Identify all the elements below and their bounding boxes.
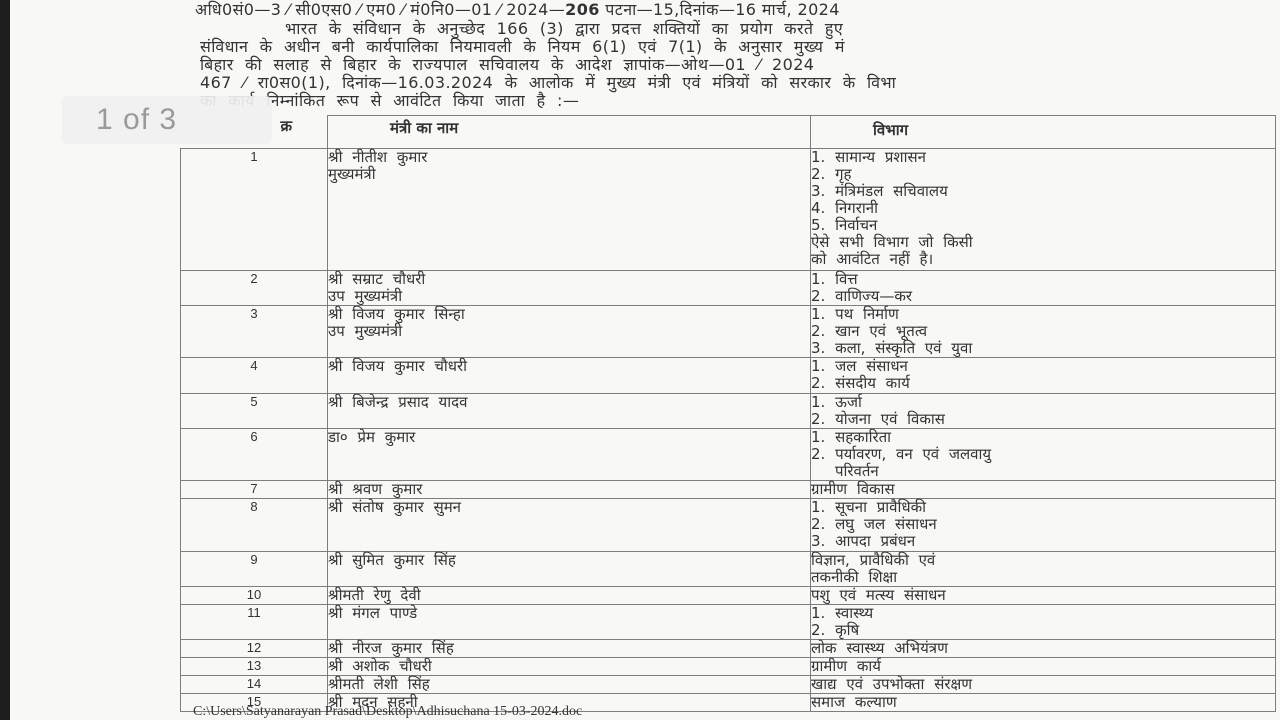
- serial-cell: 10: [181, 587, 328, 605]
- minister-name-cell: श्रीमती लेशी सिंह: [328, 676, 811, 694]
- department-cell: 1. ऊर्जा2. योजना एवं विकास: [811, 394, 1276, 429]
- department-line: खाद्य एवं उपभोक्ता संरक्षण: [811, 676, 1275, 693]
- department-cell: लोक स्वास्थ्य अभियंत्रण: [811, 640, 1276, 658]
- department-line: 2. खान एवं भूतत्व: [811, 323, 1275, 340]
- paragraph-line: 467 ⁄ रा0स0(1), दिनांक—16.03.2024 के आलो…: [200, 74, 896, 92]
- table-row: 6डा० प्रेम कुमार1. सहकारिता2. पर्यावरण, …: [181, 429, 1276, 481]
- serial-cell: 9: [181, 552, 328, 587]
- department-line: को आवंटित नहीं है।: [811, 251, 1275, 268]
- viewer-edge: [0, 0, 10, 720]
- minister-name-cell: श्री श्रवण कुमार: [328, 481, 811, 499]
- file-path-footer: C:\Users\Satyanarayan Prasad\Desktop\Adh…: [193, 704, 582, 720]
- department-cell: ग्रामीण विकास: [811, 481, 1276, 499]
- header-department: विभाग: [811, 116, 1276, 149]
- table-row: 11श्री मंगल पाण्डे1. स्वास्थ्य2. कृषि: [181, 605, 1276, 640]
- table-row: 2श्री सम्राट चौधरीउप मुख्यमंत्री1. वित्त…: [181, 271, 1276, 306]
- page-indicator: 1 of 3: [62, 96, 272, 144]
- department-line: 2. संसदीय कार्य: [811, 375, 1275, 392]
- reference-prefix: अधि0सं0—3 ⁄ सी0एस0 ⁄ एम0 ⁄ मं0नि0—01 ⁄ 2…: [195, 0, 565, 19]
- serial-cell: 6: [181, 429, 328, 481]
- serial-cell: 7: [181, 481, 328, 499]
- minister-allocation-table: क्र मंत्री का नाम विभाग 1श्री नीतीश कुमा…: [180, 115, 1276, 712]
- department-line: 2. योजना एवं विकास: [811, 411, 1275, 428]
- minister-name-line: डा० प्रेम कुमार: [328, 429, 810, 446]
- department-cell: 1. वित्त2. वाणिज्य—कर: [811, 271, 1276, 306]
- minister-name-line: श्री श्रवण कुमार: [328, 481, 810, 498]
- department-cell: 1. स्वास्थ्य2. कृषि: [811, 605, 1276, 640]
- serial-cell: 12: [181, 640, 328, 658]
- department-cell: समाज कल्याण: [811, 694, 1276, 712]
- serial-cell: 4: [181, 358, 328, 394]
- serial-cell: 2: [181, 271, 328, 306]
- department-line: 1. सहकारिता: [811, 429, 1275, 446]
- department-line: 5. निर्वाचन: [811, 217, 1275, 234]
- department-line: 4. निगरानी: [811, 200, 1275, 217]
- department-line: ग्रामीण विकास: [811, 481, 1275, 498]
- minister-name-line: श्री सम्राट चौधरी: [328, 271, 810, 288]
- reference-suffix: पटना—15,दिनांक—16 मार्च, 2024: [600, 0, 840, 19]
- minister-name-cell: श्री सम्राट चौधरीउप मुख्यमंत्री: [328, 271, 811, 306]
- table-row: 3श्री विजय कुमार सिन्हाउप मुख्यमंत्री1. …: [181, 306, 1276, 358]
- department-line: 2. लघु जल संसाधन: [811, 516, 1275, 533]
- department-line: 1. जल संसाधन: [811, 358, 1275, 375]
- minister-name-cell: श्री संतोष कुमार सुमन: [328, 499, 811, 552]
- minister-name-line: उप मुख्यमंत्री: [328, 323, 810, 340]
- serial-cell: 3: [181, 306, 328, 358]
- minister-name-line: श्री बिजेन्द्र प्रसाद यादव: [328, 394, 810, 411]
- department-cell: 1. सामान्य प्रशासन2. गृह3. मंत्रिमंडल सच…: [811, 149, 1276, 271]
- reference-line: अधि0सं0—3 ⁄ सी0एस0 ⁄ एम0 ⁄ मं0नि0—01 ⁄ 2…: [195, 1, 840, 19]
- department-cell: ग्रामीण कार्य: [811, 658, 1276, 676]
- minister-name-line: श्री नीरज कुमार सिंह: [328, 640, 810, 657]
- table-row: 13श्री अशोक चौधरीग्रामीण कार्य: [181, 658, 1276, 676]
- minister-name-cell: श्री विजय कुमार चौधरी: [328, 358, 811, 394]
- department-line: 3. मंत्रिमंडल सचिवालय: [811, 183, 1275, 200]
- serial-cell: 13: [181, 658, 328, 676]
- table-body: 1श्री नीतीश कुमारमुख्यमंत्री1. सामान्य प…: [181, 149, 1276, 712]
- department-cell: 1. सहकारिता2. पर्यावरण, वन एवं जलवायुपरि…: [811, 429, 1276, 481]
- minister-name-cell: श्री अशोक चौधरी: [328, 658, 811, 676]
- table-row: 10श्रीमती रेणु देवीपशु एवं मत्स्य संसाधन: [181, 587, 1276, 605]
- department-line: तकनीकी शिक्षा: [811, 569, 1275, 586]
- minister-name-cell: श्री सुमित कुमार सिंह: [328, 552, 811, 587]
- header-minister-name: मंत्री का नाम: [328, 116, 811, 149]
- department-line: 2. कृषि: [811, 622, 1275, 639]
- minister-name-line: उप मुख्यमंत्री: [328, 288, 810, 305]
- minister-name-cell: श्री मंगल पाण्डे: [328, 605, 811, 640]
- minister-name-line: श्रीमती लेशी सिंह: [328, 676, 810, 693]
- department-line: ऐसे सभी विभाग जो किसी: [811, 234, 1275, 251]
- department-cell: 1. सूचना प्रावैधिकी2. लघु जल संसाधन3. आप…: [811, 499, 1276, 552]
- table-row: 14श्रीमती लेशी सिंहखाद्य एवं उपभोक्ता सं…: [181, 676, 1276, 694]
- department-line: 2. पर्यावरण, वन एवं जलवायु: [811, 446, 1275, 463]
- paragraph-line: बिहार की सलाह से बिहार के राज्यपाल सचिवा…: [200, 56, 814, 74]
- paragraph-line: संविधान के अधीन बनी कार्यपालिका नियमावली…: [200, 38, 845, 56]
- minister-name-line: श्रीमती रेणु देवी: [328, 587, 810, 604]
- department-line: 1. पथ निर्माण: [811, 306, 1275, 323]
- minister-name-line: श्री अशोक चौधरी: [328, 658, 810, 675]
- department-cell: विज्ञान, प्रावैधिकी एवंतकनीकी शिक्षा: [811, 552, 1276, 587]
- minister-name-line: श्री विजय कुमार सिन्हा: [328, 306, 810, 323]
- serial-cell: 5: [181, 394, 328, 429]
- department-line: 1. वित्त: [811, 271, 1275, 288]
- department-line: ग्रामीण कार्य: [811, 658, 1275, 675]
- minister-name-line: श्री सुमित कुमार सिंह: [328, 552, 810, 569]
- paragraph-line: भारत के संविधान के अनुच्छेद 166 (3) द्वा…: [285, 20, 843, 38]
- table-row: 12श्री नीरज कुमार सिंहलोक स्वास्थ्य अभिय…: [181, 640, 1276, 658]
- table-row: 4श्री विजय कुमार चौधरी1. जल संसाधन2. संस…: [181, 358, 1276, 394]
- department-line: विज्ञान, प्रावैधिकी एवं: [811, 552, 1275, 569]
- table-header-row: क्र मंत्री का नाम विभाग: [181, 116, 1276, 149]
- reference-number: 206: [565, 0, 600, 19]
- department-cell: खाद्य एवं उपभोक्ता संरक्षण: [811, 676, 1276, 694]
- department-line: 2. गृह: [811, 166, 1275, 183]
- minister-name-line: श्री मंगल पाण्डे: [328, 605, 810, 622]
- table-row: 8श्री संतोष कुमार सुमन1. सूचना प्रावैधिक…: [181, 499, 1276, 552]
- serial-cell: 1: [181, 149, 328, 271]
- department-cell: 1. जल संसाधन2. संसदीय कार्य: [811, 358, 1276, 394]
- minister-name-line: श्री नीतीश कुमार: [328, 149, 810, 166]
- department-line: 3. आपदा प्रबंधन: [811, 533, 1275, 550]
- table-row: 7श्री श्रवण कुमारग्रामीण विकास: [181, 481, 1276, 499]
- department-line: 1. स्वास्थ्य: [811, 605, 1275, 622]
- department-line: लोक स्वास्थ्य अभियंत्रण: [811, 640, 1275, 657]
- department-line: 1. ऊर्जा: [811, 394, 1275, 411]
- department-line: पशु एवं मत्स्य संसाधन: [811, 587, 1275, 604]
- department-line: 1. सूचना प्रावैधिकी: [811, 499, 1275, 516]
- minister-name-cell: डा० प्रेम कुमार: [328, 429, 811, 481]
- minister-name-cell: श्री बिजेन्द्र प्रसाद यादव: [328, 394, 811, 429]
- table-row: 1श्री नीतीश कुमारमुख्यमंत्री1. सामान्य प…: [181, 149, 1276, 271]
- department-cell: पशु एवं मत्स्य संसाधन: [811, 587, 1276, 605]
- department-line: परिवर्तन: [811, 463, 1275, 480]
- department-line: 2. वाणिज्य—कर: [811, 288, 1275, 305]
- serial-cell: 8: [181, 499, 328, 552]
- department-cell: 1. पथ निर्माण2. खान एवं भूतत्व3. कला, सं…: [811, 306, 1276, 358]
- table-row: 9श्री सुमित कुमार सिंहविज्ञान, प्रावैधिक…: [181, 552, 1276, 587]
- minister-name-cell: श्री विजय कुमार सिन्हाउप मुख्यमंत्री: [328, 306, 811, 358]
- minister-name-line: मुख्यमंत्री: [328, 166, 810, 183]
- minister-name-line: श्री संतोष कुमार सुमन: [328, 499, 810, 516]
- minister-name-line: श्री विजय कुमार चौधरी: [328, 358, 810, 375]
- department-line: समाज कल्याण: [811, 694, 1275, 711]
- serial-cell: 11: [181, 605, 328, 640]
- serial-cell: 14: [181, 676, 328, 694]
- department-line: 3. कला, संस्कृति एवं युवा: [811, 340, 1275, 357]
- department-line: 1. सामान्य प्रशासन: [811, 149, 1275, 166]
- minister-name-cell: श्रीमती रेणु देवी: [328, 587, 811, 605]
- minister-name-cell: श्री नीतीश कुमारमुख्यमंत्री: [328, 149, 811, 271]
- minister-name-cell: श्री नीरज कुमार सिंह: [328, 640, 811, 658]
- table-row: 5श्री बिजेन्द्र प्रसाद यादव1. ऊर्जा2. यो…: [181, 394, 1276, 429]
